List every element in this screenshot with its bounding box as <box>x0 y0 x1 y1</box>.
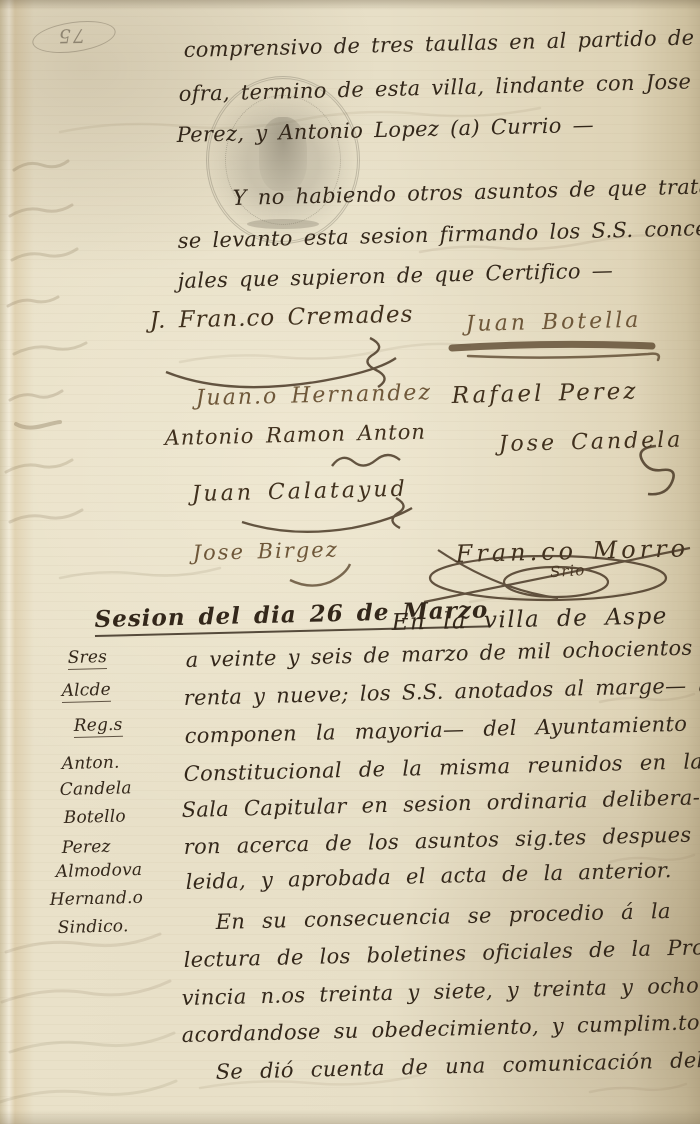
manuscript-line: vincia n.os treinta y siete, y treinta y… <box>181 973 699 1010</box>
manuscript-line: En su consecuencia se procedio á la <box>215 899 671 934</box>
signature-cremades: J. Fran.co Cremades <box>149 302 413 334</box>
manuscript-line: renta y nueve; los S.S. anotados al marg… <box>183 672 700 710</box>
signature-rafael-perez: Rafael Perez <box>451 378 638 409</box>
margin-note: Botello <box>64 806 127 828</box>
page-number: 75 <box>57 24 86 46</box>
signature-rubric <box>616 442 678 500</box>
manuscript-line: acordandose su obedecimiento, y cumplim.… <box>181 1010 700 1047</box>
margin-note: Sres <box>67 647 107 670</box>
manuscript-page: 75 comprensivo de tres taullas en al par… <box>0 0 700 1124</box>
signature-morro-title: Srio <box>549 561 585 581</box>
manuscript-line: a veinte y seis de marzo de mil ochocien… <box>185 634 700 672</box>
margin-note: Perez <box>62 837 111 858</box>
manuscript-line: jales que supieron de que Certifico — <box>177 258 613 293</box>
margin-note: Candela <box>60 778 132 800</box>
signature-rubric <box>448 338 673 362</box>
margin-note: Anton. <box>62 753 120 774</box>
signature-hernandez: Juan.o Hernandez <box>195 380 432 411</box>
manuscript-line: Se dió cuenta de una comunicación del <box>215 1048 700 1084</box>
margin-note: Sindico. <box>58 916 129 938</box>
signature-rubric <box>326 448 406 476</box>
session-opening: En la villa de Aspe <box>391 603 668 636</box>
manuscript-line: comprensivo de tres taullas en al partid… <box>183 25 700 62</box>
signature-rubric <box>238 498 428 538</box>
margin-note: Reg.s <box>73 715 122 738</box>
margin-note: Almodova <box>56 860 143 882</box>
page-number-ring: 75 <box>30 16 117 57</box>
signature-botella: Juan Botella <box>465 308 641 337</box>
margin-note: Hernand.o <box>50 888 144 910</box>
manuscript-line: leida, y aprobada el acta de la anterior… <box>185 858 672 894</box>
manuscript-line: componen la mayoria— del Ayuntamiento <box>184 712 687 748</box>
manuscript-line: Sala Capitular en sesion ordinaria delib… <box>181 785 700 822</box>
manuscript-line: Constitucional de la misma reunidos en l… <box>183 749 700 786</box>
margin-note: Alcde <box>61 680 111 703</box>
signature-rubric <box>284 560 354 590</box>
manuscript-line: lectura de los boletines oficiales de la… <box>183 935 700 972</box>
manuscript-line: ron acerca de los asuntos sig.tes despue… <box>183 822 700 859</box>
signature-anton: Antonio Ramon Anton <box>164 420 426 450</box>
manuscript-line: ofra, termino de esta villa, lindante co… <box>178 69 691 106</box>
